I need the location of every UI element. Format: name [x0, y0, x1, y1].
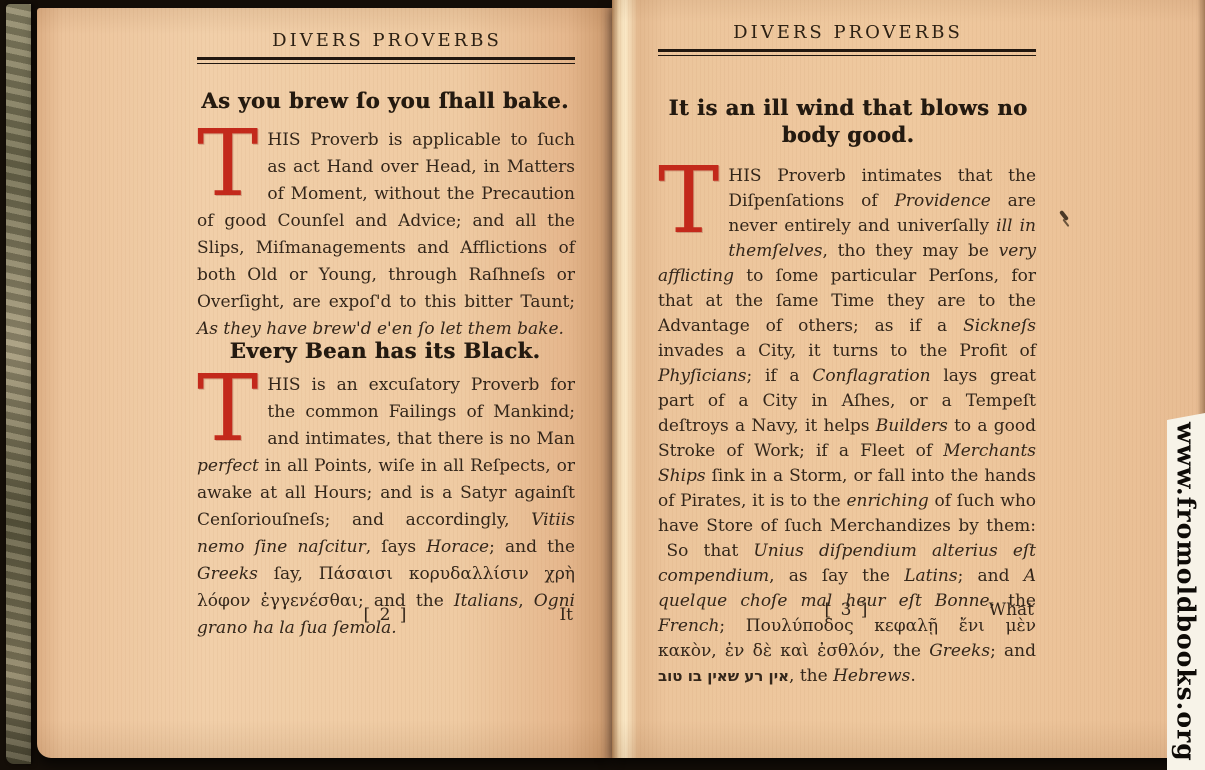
catchword: What: [989, 600, 1034, 620]
proverb-heading-ill-wind: It is an ill wind that blows no body goo…: [658, 94, 1038, 148]
double-rule: [197, 57, 575, 64]
watermark-strip: www.fromoldbooks.org: [1167, 413, 1205, 770]
proverb-text-brew: THIS Proverb is applicable to ſuch as ac…: [197, 127, 575, 343]
running-head: DIVERS PROVERBS: [658, 22, 1038, 43]
proverb-text-bean: THIS is an excuſatory Proverb for the co…: [197, 372, 575, 642]
double-rule: [658, 49, 1036, 56]
left-page: DIVERS PROVERBS As you brew ſo you ſhall…: [37, 8, 612, 758]
page-number: [ 3 ]: [658, 600, 1036, 620]
watermark-text: www.fromoldbooks.org: [1172, 422, 1201, 762]
page-footer: [ 2 ] It: [197, 605, 575, 629]
drop-cap-letter: T: [197, 129, 258, 205]
page-number: [ 2 ]: [197, 605, 575, 625]
book-scan: DIVERS PROVERBS As you brew ſo you ſhall…: [0, 0, 1205, 770]
drop-cap-letter: T: [197, 374, 258, 450]
catchword: It: [559, 605, 573, 625]
drop-cap-letter: T: [658, 166, 719, 242]
right-page: DIVERS PROVERBS It is an ill wind that b…: [612, 0, 1205, 758]
page-footer: [ 3 ] What: [658, 600, 1036, 624]
book-cover-edge: [6, 4, 31, 764]
running-head: DIVERS PROVERBS: [197, 30, 577, 51]
